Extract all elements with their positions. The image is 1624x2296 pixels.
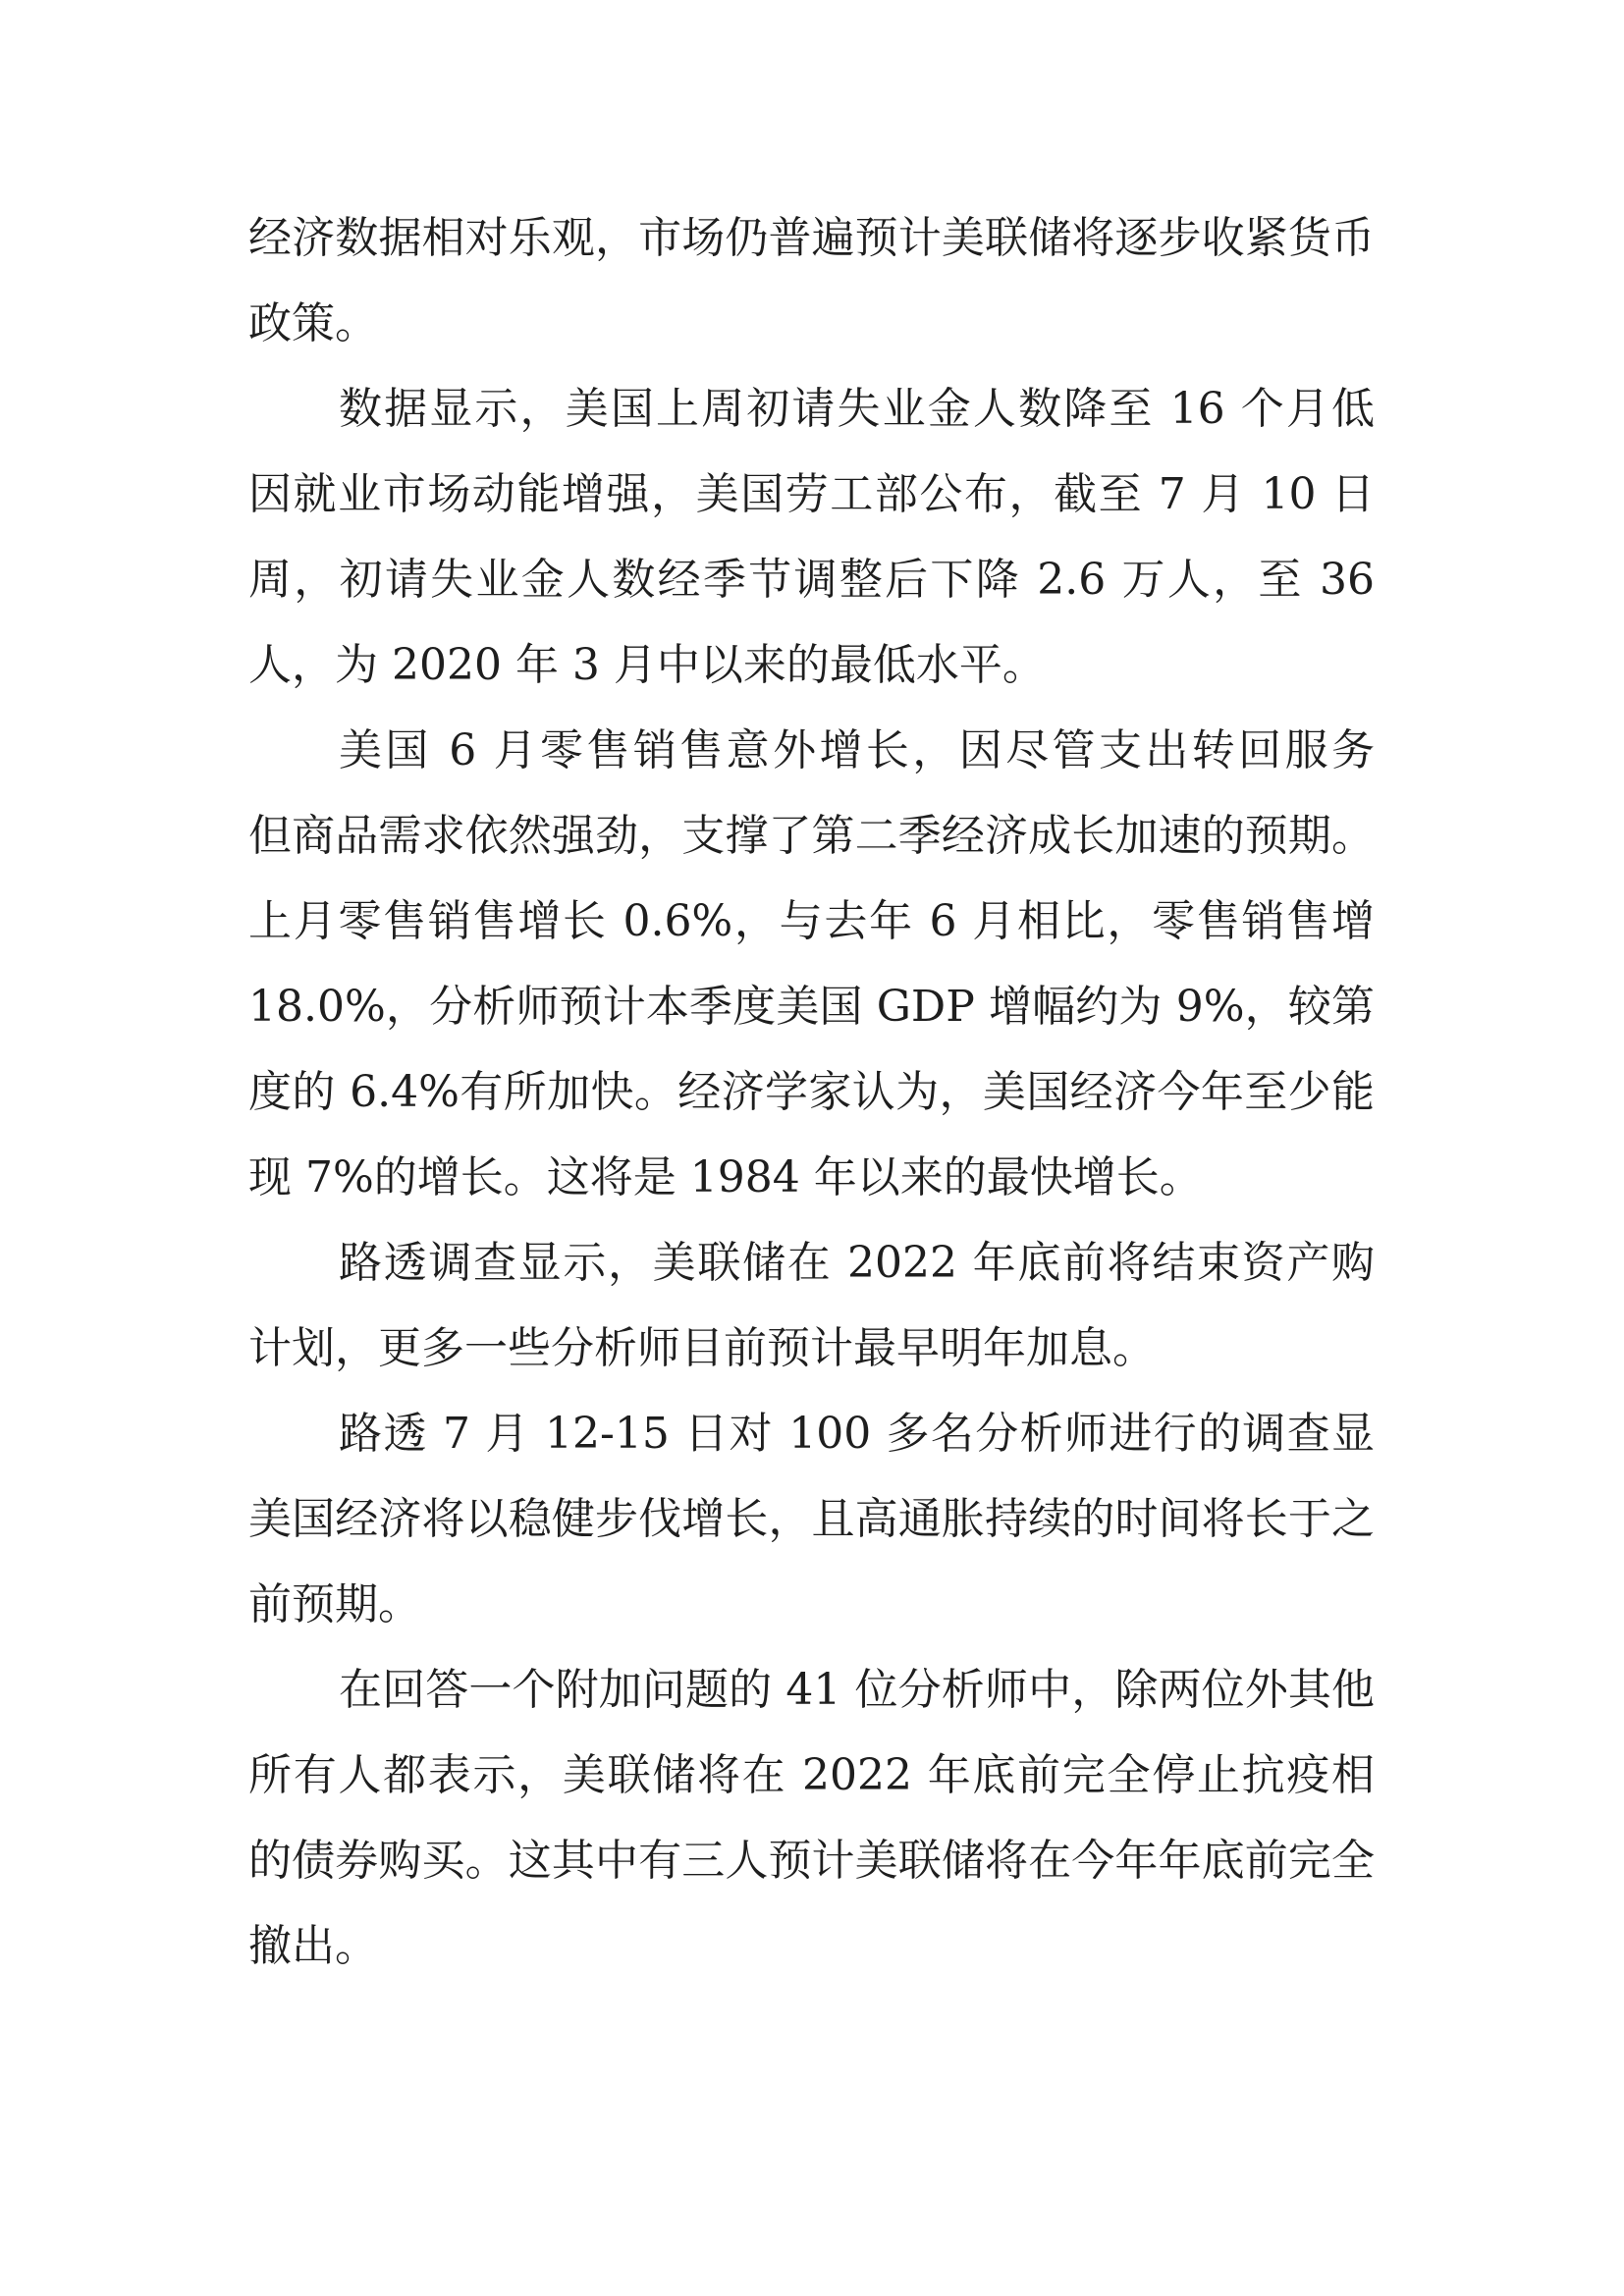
text-line: 路透 7 月 12-15 日对 100 多名分析师进行的调查显示， — [248, 1391, 1375, 1476]
text-line: 数据显示，美国上周初请失业金人数降至 16 个月低点， — [248, 366, 1375, 452]
text-line: 的债券购买。这其中有三人预计美联储将在今年年底前完全 — [248, 1818, 1375, 1903]
paragraph: 在回答一个附加问题的 41 位分析师中，除两位外其他 所有人都表示，美联储将在 … — [248, 1647, 1375, 1989]
text-line: 上月零售销售增长 0.6%，与去年 6 月相比，零售销售增长了 — [248, 879, 1375, 964]
text-line: 18.0%，分析师预计本季度美国 GDP 增幅约为 9%，较第一季 — [248, 964, 1375, 1049]
text-line: 美国 6 月零售销售意外增长，因尽管支出转回服务业， — [248, 708, 1375, 793]
text-line: 前预期。 — [248, 1562, 1375, 1647]
text-line: 路透调查显示，美联储在 2022 年底前将结束资产购买 — [248, 1220, 1375, 1306]
text-line: 在回答一个附加问题的 41 位分析师中，除两位外其他 — [248, 1647, 1375, 1733]
paragraph: 路透调查显示，美联储在 2022 年底前将结束资产购买 计划，更多一些分析师目前… — [248, 1220, 1375, 1391]
paragraph: 路透 7 月 12-15 日对 100 多名分析师进行的调查显示， 美国经济将以… — [248, 1391, 1375, 1647]
text-line: 因就业市场动能增强，美国劳工部公布，截至 7 月 10 日当 — [248, 452, 1375, 537]
text-line: 度的 6.4%有所加快。经济学家认为，美国经济今年至少能实 — [248, 1049, 1375, 1135]
paragraph: 美国 6 月零售销售意外增长，因尽管支出转回服务业， 但商品需求依然强劲，支撑了… — [248, 708, 1375, 1220]
document-page: 经济数据相对乐观，市场仍普遍预计美联储将逐步收紧货币 政策。 数据显示，美国上周… — [0, 0, 1624, 2296]
text-line: 计划，更多一些分析师目前预计最早明年加息。 — [248, 1306, 1375, 1391]
paragraph: 数据显示，美国上周初请失业金人数降至 16 个月低点， 因就业市场动能增强，美国… — [248, 366, 1375, 708]
text-line: 人，为 2020 年 3 月中以来的最低水平。 — [248, 622, 1375, 708]
text-line: 政策。 — [248, 281, 1375, 366]
text-line: 美国经济将以稳健步伐增长，且高通胀持续的时间将长于之 — [248, 1476, 1375, 1562]
paragraph: 经济数据相对乐观，市场仍普遍预计美联储将逐步收紧货币 政策。 — [248, 195, 1375, 366]
text-line: 但商品需求依然强劲，支撑了第二季经济成长加速的预期。 — [248, 793, 1375, 879]
text-line: 所有人都表示，美联储将在 2022 年底前完全停止抗疫相关 — [248, 1733, 1375, 1818]
text-line: 周，初请失业金人数经季节调整后下降 2.6 万人，至 36 万 — [248, 537, 1375, 622]
text-line: 经济数据相对乐观，市场仍普遍预计美联储将逐步收紧货币 — [248, 195, 1375, 281]
text-line: 现 7%的增长。这将是 1984 年以来的最快增长。 — [248, 1135, 1375, 1220]
text-line: 撤出。 — [248, 1903, 1375, 1989]
